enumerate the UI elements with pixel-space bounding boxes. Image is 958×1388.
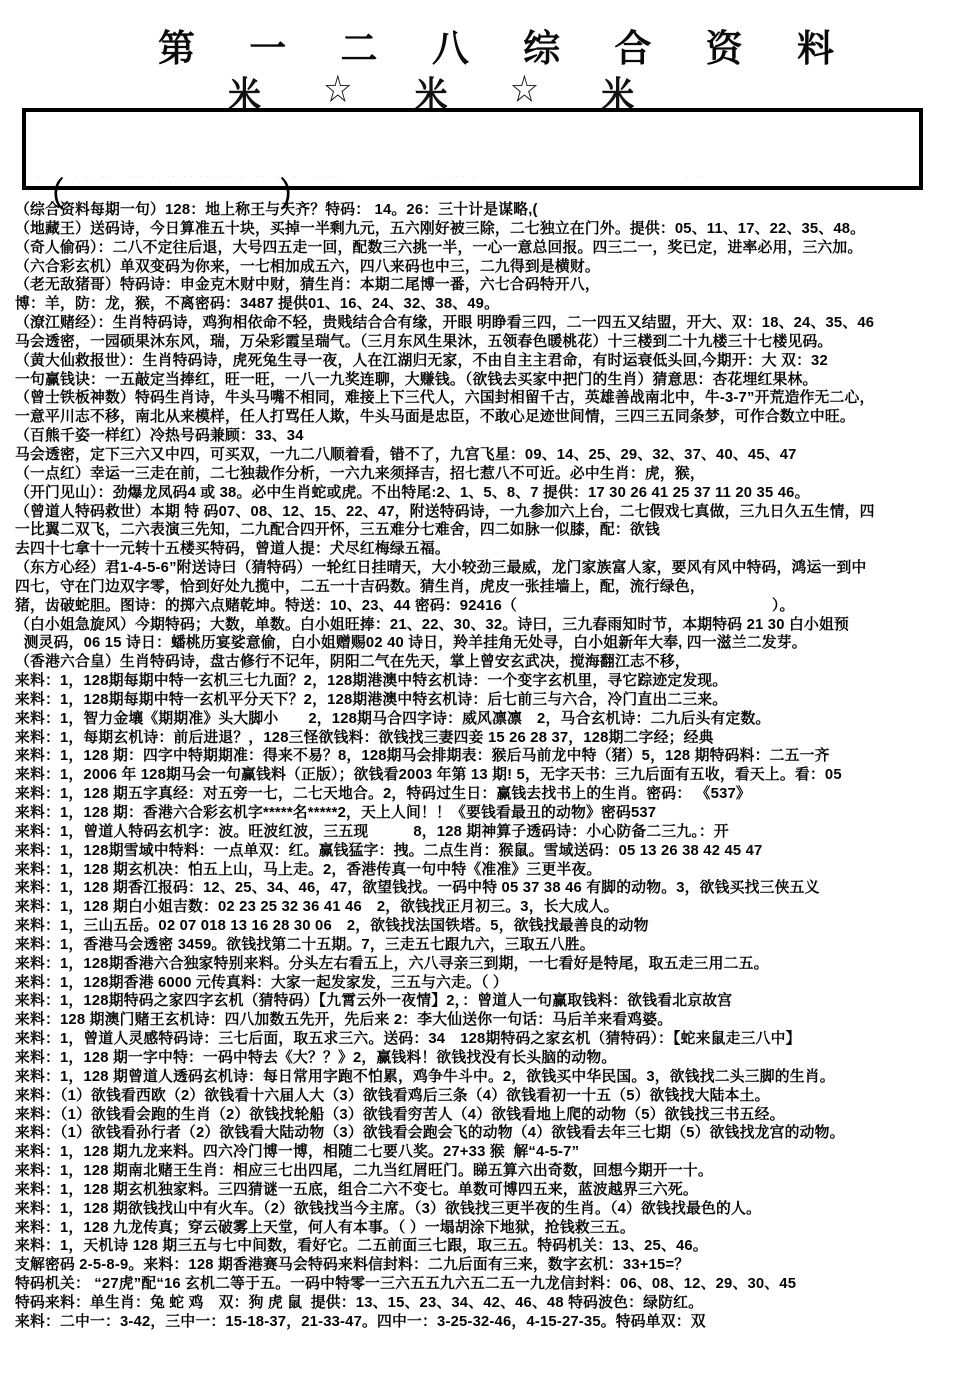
text-line: 来料：1，128 期南北赌王生肖：相应三七出四尾，二九当红屑旺门。睇五算六出奇数…	[15, 1162, 955, 1181]
text-line: 特码机关： “27虎”配“16 玄机二等于五。一码中特零一三六五五九六五二五一九…	[15, 1275, 955, 1294]
text-line: 马会透密，定下三六又中四，可买双，一九二八顺着看，错不了，九宫飞星：09、14、…	[15, 446, 955, 465]
text-line: 去四十七拿十一元转十五楼买特码，曾道人提：犬尽红梅绿五福。	[15, 540, 955, 559]
text-line: 来料：二中一：3-42，三中一：15-18-37，21-33-47。四中一：3-…	[15, 1313, 955, 1332]
text-line: 来料：1，128 期九龙来料。四六冷门博一博，相随二七要八奖。27+33 猴 解…	[15, 1143, 955, 1162]
text-line: 来料：1，128 期欲钱找山中有火车。（2）欲钱找当今主席。（3）欲钱找三更半夜…	[15, 1200, 955, 1219]
text-line: 一意平川志不移，南北从来模样，任人打骂任人欺，牛头马面是忠臣，不敢心足迹世间情，…	[15, 408, 955, 427]
text-line: 来料：（1）欲钱看会跑的生肖（2）欲钱找轮船（3）欲钱看穷苦人（4）欲钱看地上爬…	[15, 1106, 955, 1125]
content-lines: （综合资料每期一句）128：地上称王与天齐？特码： 14。26：三十计是谋略,(…	[15, 201, 955, 1332]
text-line: 博：羊，防：龙，猴，不离密码：3487 提供01、16、24、32、38、49。	[15, 295, 955, 314]
text-line: 来料：1，128期特码之家四字玄机（猜特码）【九霄云外一夜情】2，：曾道人一句赢…	[15, 992, 955, 1011]
text-line: 来料：1，128 期玄机独家料。三四猜谜一五底，组合二六不变七。单数可博四五来，…	[15, 1181, 955, 1200]
text-line: （一点红）幸运一三走在前，二七独裁作分析，一六九来须择吉，招七惹八不可近。必中生…	[15, 465, 955, 484]
text-line: 来料：1，三山五岳。02 07 018 13 16 28 30 06 2，欲钱找…	[15, 917, 955, 936]
text-line: 马会透密，一园硕果沐东风，瑞，万朵彩霞呈瑞气。（三月东风生果沐，五领春色暖桃花）…	[15, 333, 955, 352]
text-line: （综合资料每期一句）128：地上称王与天齐？特码： 14。26：三十计是谋略,(…	[15, 201, 955, 220]
text-line: 来料：1，天机诗 128 期三五与七中间数，看好它。二五前面三七跟，取三五。特码…	[15, 1237, 955, 1256]
text-line: （白小姐急旋风）今期特码；大数，单数。白小姐旺捧：21、22、30、32。诗曰，…	[15, 616, 955, 635]
text-line: 来料：1，128 期香江报码：12、25、34、46，47，欲望钱找。一码中特 …	[15, 879, 955, 898]
text-line: 来料：1，128期香港 6000 元传真料：大家一起发家发，三五与六走。（ ）	[15, 974, 955, 993]
text-line: 来料：（1）欲钱看孙行者（2）欲钱看大陆动物（3）欲钱看会跑会飞的动物（4）欲钱…	[15, 1124, 955, 1143]
text-line: 来料：1，128 期：香港六合彩玄机字*****名*****2，天上人间！！《要…	[15, 804, 955, 823]
text-line: （曾士铁板神数）特码生肖诗，牛头马嘴不相同，难接上下三代人，六国封相留千古，英雄…	[15, 389, 955, 408]
text-line: （地藏王）送码诗，今日算准五十块，买掉一半剩九元，五六刚好被三除，二七独立在门外…	[15, 220, 955, 239]
text-line: 一句赢钱诀：一五敲定当捧红，旺一旺，一八一九奖连聊，大赚钱。（欲钱去买家中把门的…	[15, 371, 955, 390]
text-line: 支解密码 2-5-8-9。来料：128 期香港赛马会特码来料信封料：二九后面有三…	[15, 1256, 955, 1275]
text-line: 一比翼二双飞，二六表演三先知，二九配合四开怀，三五难分七难舍，四二如脉一似膝，配…	[15, 521, 955, 540]
text-line: （百熊千姿一样红）冷热号码兼顾：33、34	[15, 427, 955, 446]
text-line: 来料：1，128期每期中特一玄机平分天下？2，128期港澳中特玄机诗：后七前三与…	[15, 691, 955, 710]
text-line: 来料：1，智力金壤《期期准》头大脚小 2，128期马合四字诗：威风凛凛 2，马合…	[15, 710, 955, 729]
text-line: 来料：1，128 期曾道人透码玄机诗：每日常用字跑不怕累，鸡争牛斗中。2，欲钱买…	[15, 1068, 955, 1087]
text-line: 来料：1，128期每期中特一玄机三七九面？2，128期港澳中特玄机诗：一个变字玄…	[15, 672, 955, 691]
text-line: （六合彩玄机）单双变码为你来，一七相加成五六，四八来码也中三，二九得到是横财。	[15, 258, 955, 277]
text-line: 来料：1，128 期白小姐吉数：02 23 25 32 36 41 46 2，欲…	[15, 898, 955, 917]
text-line: （曾道人特码救世）本期 特 码07、08、12、15、22、47，附送特码诗，一…	[15, 503, 955, 522]
text-line: （开门见山）：劲爆龙凤码4 或 38。必中生肖蛇或虎。不出特尾:2、1、5、8、…	[15, 484, 955, 503]
text-line: 来料：1，128 期一字中特：一码中特去《大？？》2，赢钱料！欲钱找没有长头脑的…	[15, 1049, 955, 1068]
text-line: （黄大仙救报世）：生肖特码诗，虎死兔生寻一夜，人在江湖归无家，不由自主主君命，有…	[15, 352, 955, 371]
text-line: 特码来料：单生肖：兔 蛇 鸡 双：狗 虎 鼠 提供：13、15、23、34、42…	[15, 1294, 955, 1313]
text-line: （老无敌猪哥）特码诗：申金克木财中财，猜生肖：本期二尾博一番，六七合码特开八，	[15, 276, 955, 295]
text-line: （香港六合皇）生肖特码诗，盘古修行不记年，阴阳二气在先天，掌上曾安玄武决，搅海翻…	[15, 653, 955, 672]
page: 第 一 二 八 综 合 资 料 米 ☆ 米 ☆ 米 ˙˙˙ ˙˙ ˙˙˙ ˙ ˙…	[0, 0, 958, 1388]
text-line: 来料：1，2006 年 128期马会一句赢钱料（正版）；欲钱看2003 年第 1…	[15, 766, 955, 785]
faint-edge-marks: ˙˙˙ ˙˙ ˙˙˙	[27, 116, 33, 131]
text-line: 来料：（1）欲钱看西欧（2）欲钱看十六届人大（3）欲钱看鸡后三条（4）欲钱看初一…	[15, 1087, 955, 1106]
page-title: 第 一 二 八 综 合 资 料	[158, 18, 856, 72]
text-line: 来料：1，香港马会透密 3459。欲钱找第二十五期。7，三走五七跟九六，三取五八…	[15, 936, 955, 955]
text-line: 猪，齿破蛇胆。图诗：的掷六点赌乾坤。特送：10、23、44 密码：92416（ …	[15, 597, 955, 616]
text-line: 来料：1，曾道人灵感特码诗：三七后面，取五求三六。送码：34 128期特码之家玄…	[15, 1030, 955, 1049]
text-line: 四七，守在门边双字零，恰到好处九揽中，二五一十吉码数。猜生肖，虎皮一张挂墙上，配…	[15, 578, 955, 597]
text-line: 来料：1，128 九龙传真；穿云破雾上天堂，何人有本事。（ ）一塌胡涂下地狱，抢…	[15, 1219, 955, 1238]
text-line: 来料：128 期澳门赌王玄机诗：四八加数五先开，先后来 2：李大仙送你一句话：马…	[15, 1011, 955, 1030]
text-line: 来料：1，128 期玄机决：怕五上山，马上走。2，香港传真一句中特《准准》三更半…	[15, 861, 955, 880]
text-line: 来料：1，128 期：四字中特期期准：得来不易？8，128期马会排期表：猴后马前…	[15, 747, 955, 766]
text-line: 来料：1，曾道人特码玄机字：波。旺波红波，三五现 8，128 期神算子透码诗：小…	[15, 823, 955, 842]
text-line: 来料：1，每期玄机诗：前后进退？，128三怪欲钱料：欲钱找三妻四妾 15 26 …	[15, 729, 955, 748]
text-line: 来料：1，128期香港六合独家特别来料。分头左右看五上，六八寻亲三到期，一七看好…	[15, 955, 955, 974]
text-line: 来料：1，128期雪域中特料：一点单双：红。赢钱猛字：拽。二点生肖：猴鼠。雪域送…	[15, 842, 955, 861]
text-line: 来料：1，128 期五字真经：对五旁一七，二七天地合。2，特码过生日：赢钱去找书…	[15, 785, 955, 804]
text-line: （东方心经）君1-4-5-6”附送诗曰（猜特码）一轮红日挂晴天，大小较劲三最威，…	[15, 559, 955, 578]
text-line: （潦江赌经）：生肖特码诗，鸡狗相依命不轻，贵贱结合合有缘，开眼 明睁看三四，二一…	[15, 314, 955, 333]
text-line: 测灵码，06 15 诗日：蟠桃历宴娑意偷，白小姐赠赐02 40 诗日，羚羊挂角无…	[15, 634, 955, 653]
text-line: （奇人偷码）：二八不定往后退，大号四五走一回，配数三六挑一半，一心一意总回报。四…	[15, 239, 955, 258]
